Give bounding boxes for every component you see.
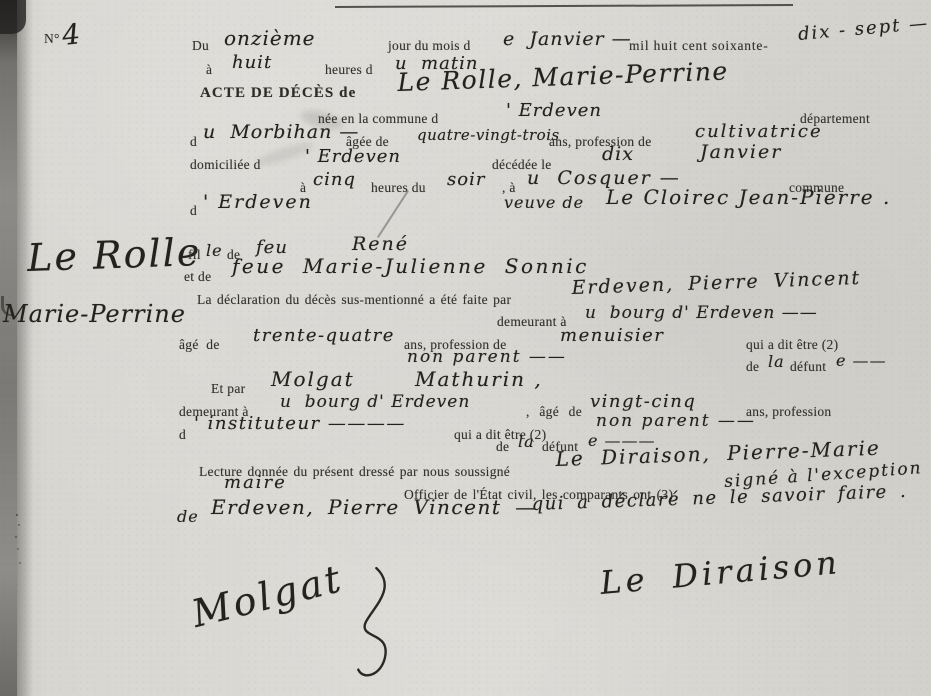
hand-de-exception: de (177, 507, 199, 526)
binding-strip (0, 0, 17, 696)
death-month: Janvier (700, 141, 782, 163)
printed-domiciliee: domiciliée d (190, 157, 261, 173)
death-commune: ' Erdeven (203, 191, 313, 213)
printed-declaration: La déclaration du décès sus-mentionné a … (197, 292, 511, 308)
act-day: onzième (224, 26, 316, 50)
act-number-value: 4 (61, 17, 83, 52)
act-hour: huit (232, 52, 272, 73)
printed-demeurant1: demeurant à (497, 314, 567, 330)
hand-le: le (206, 241, 223, 260)
father-name: René (352, 233, 409, 255)
binding-shadow (17, 0, 33, 696)
department-name: u Morbihan — (203, 121, 359, 143)
death-certificate-page: N° 4 Le Rolle Marie-Perrine Du onzième j… (0, 0, 931, 696)
printed-age-de-2: , âgé de (526, 404, 582, 420)
printed-et-de: et de (184, 269, 211, 285)
printed-qui-a-dit-1: qui a dit être (2) (746, 337, 838, 353)
margin-deceased-givenname: Marie-Perrine (3, 300, 186, 328)
printed-mil-huit-cent: mil huit cent soixante- (629, 38, 769, 54)
declarant1-profession: menuisier (560, 325, 664, 346)
printed-d-dept: d (190, 134, 197, 150)
printed-de-la-1: de (746, 359, 759, 375)
hand-e-1: e —— (836, 351, 887, 370)
acte-de-deces-heading: ACTE DE DÉCÈS de (200, 85, 356, 102)
top-rule (335, 4, 793, 8)
printed-profession-2: ans, profession (746, 404, 832, 420)
death-hour: cinq (313, 169, 356, 190)
margin-deceased-surname: Le Rolle (26, 230, 202, 280)
hand-la-2: la (518, 432, 535, 451)
hand-maire: maire (224, 472, 287, 493)
printed-ans-profession: ans, profession de (549, 134, 652, 150)
printed-et-par: Et par (211, 381, 245, 397)
declarant1-relation: non parent —— (407, 347, 567, 367)
printed-fil: fil (188, 247, 201, 263)
death-time-of-day: soir (447, 169, 485, 190)
act-number-label: N° (44, 31, 60, 47)
pen-mark-artifact (377, 190, 409, 238)
deceased-profession: cultivatrice (695, 121, 823, 142)
printed-age-de-1: âgé de (179, 337, 220, 353)
signature-officer: Le Diraison (599, 543, 843, 602)
signature-flourish (324, 560, 410, 689)
printed-heures: heures d (325, 62, 373, 78)
signature-witness: Molgat (187, 556, 347, 636)
corner-blotch (0, 0, 26, 34)
printed-d-commune: d (190, 203, 197, 219)
widow-of-label: veuve de (504, 193, 584, 212)
spouse-name: Le Cloirec Jean-Pierre . (606, 185, 891, 209)
declarant2-relation: non parent —— (596, 411, 756, 431)
declarant2-residence: u bourg d' Erdeven (280, 392, 470, 412)
printed-d-3: d (179, 427, 186, 443)
printed-a-hour: à (206, 62, 212, 78)
printed-heures-du: heures du (371, 180, 426, 196)
declarant2-givenname: Mathurin , (415, 367, 543, 391)
printed-de-la-2: de (496, 439, 509, 455)
residence-commune: ' Erdeven (305, 146, 401, 167)
act-year-suffix: dix - sept — (797, 13, 930, 45)
declarant1-name: Erdeven, Pierre Vincent (571, 267, 861, 299)
printed-du: Du (192, 38, 209, 54)
scan-dots-artifact (16, 514, 18, 516)
declarant1-residence: u bourg d' Erdeven —— (585, 303, 818, 323)
declarant2-surname: Molgat (271, 367, 355, 391)
act-month: e Janvier — (503, 28, 632, 50)
declarant2-age: vingt-cinq (590, 391, 696, 412)
mother-name: feue Marie-Julienne Sonnic (232, 254, 589, 278)
death-day: dix (602, 143, 634, 165)
exception-reason: qui a déclaré ne le savoir faire . (531, 481, 907, 515)
printed-defunt-1: défunt (790, 359, 826, 375)
birth-commune: ' Erdeven (506, 100, 602, 121)
exception-name: Erdeven, Pierre Vincent — (211, 495, 537, 519)
declarant1-age: trente-quatre (253, 325, 395, 346)
hand-la-1: la (768, 352, 785, 371)
printed-jour-du-mois: jour du mois d (388, 38, 471, 54)
declarant2-profession: ' instituteur ———— (194, 413, 406, 434)
deceased-age: quatre-vingt-trois (417, 126, 560, 144)
